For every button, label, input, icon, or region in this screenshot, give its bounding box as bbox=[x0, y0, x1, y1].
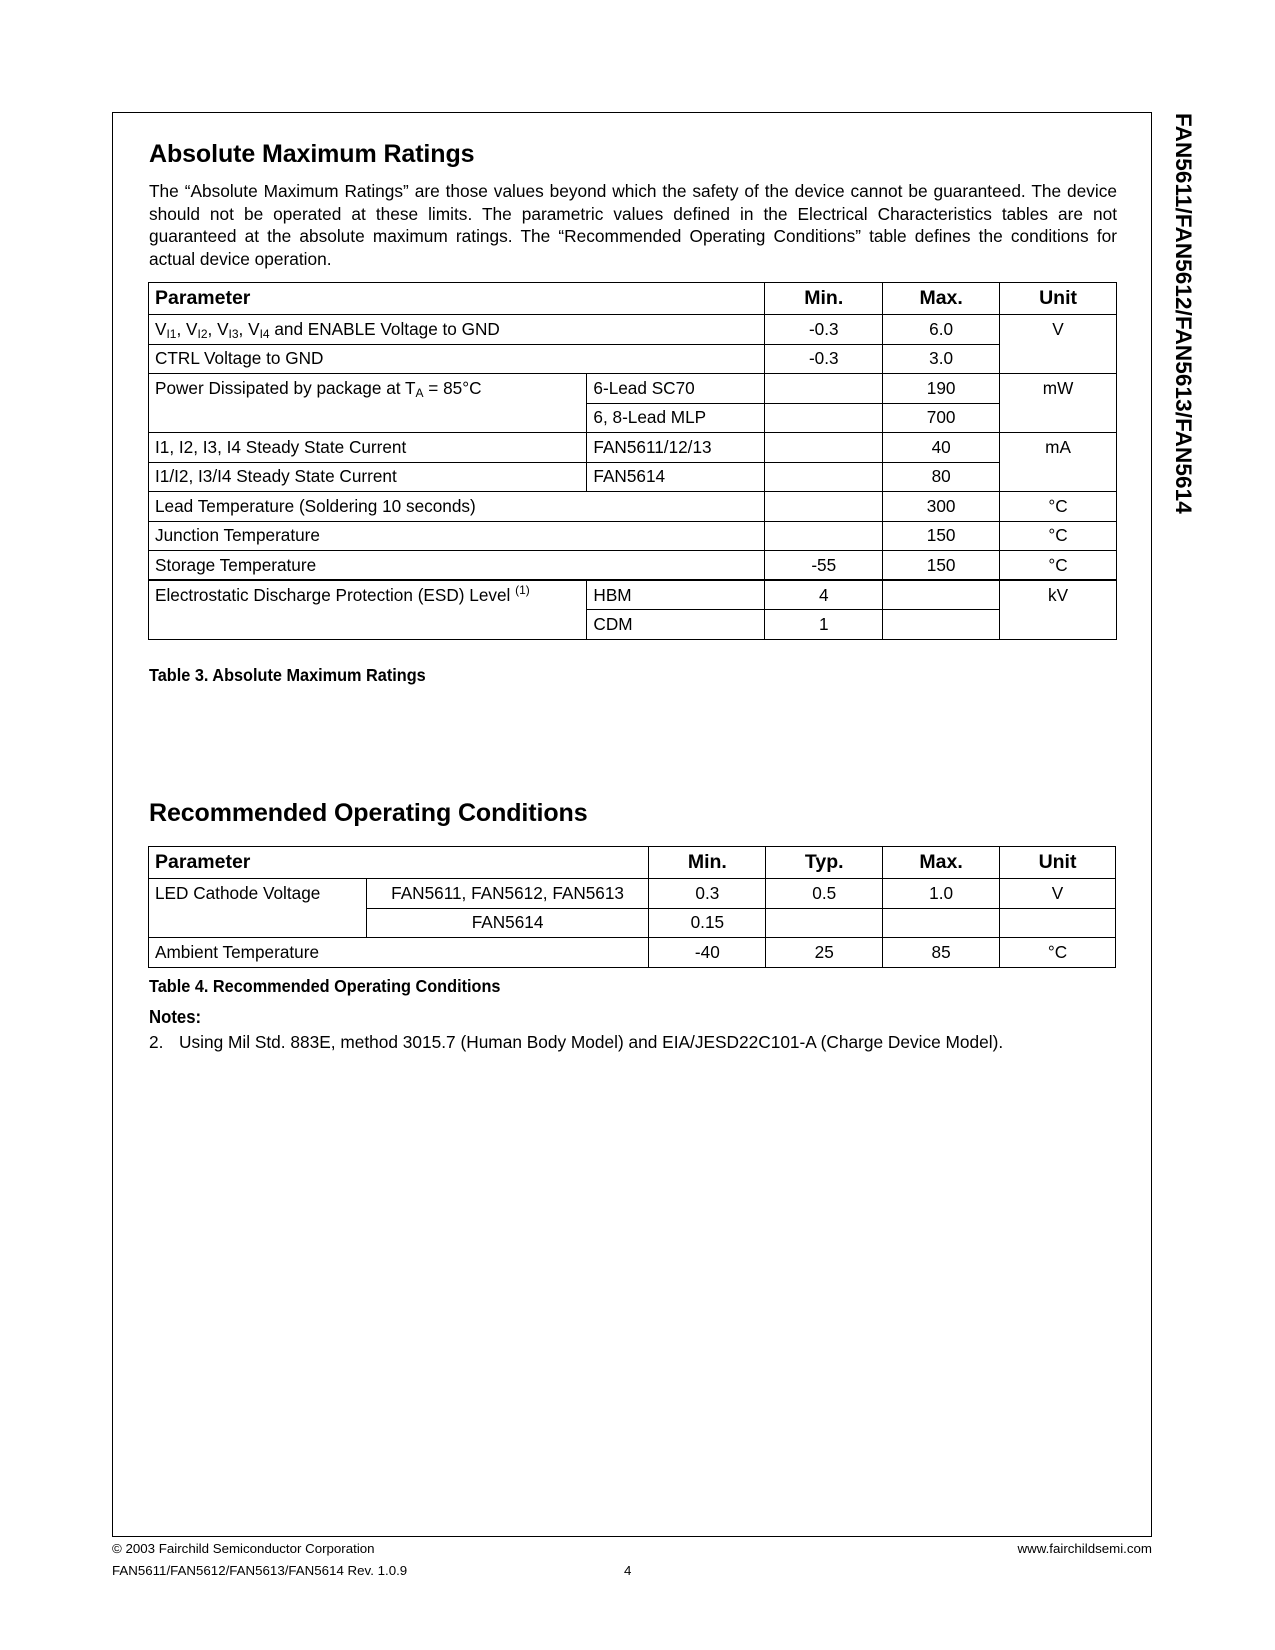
table-header-row: Parameter Min. Typ. Max. Unit bbox=[149, 847, 1116, 879]
footer-website[interactable]: www.fairchildsemi.com bbox=[1018, 1541, 1152, 1556]
table-row: Storage Temperature -55 150 °C bbox=[149, 551, 1117, 581]
table-header-row: Parameter Min. Max. Unit bbox=[149, 283, 1117, 315]
table-row: Electrostatic Discharge Protection (ESD)… bbox=[149, 580, 1117, 610]
max-cell: 190 bbox=[883, 374, 1000, 404]
max-cell bbox=[883, 610, 1000, 640]
condition-cell: HBM bbox=[587, 580, 765, 610]
param-cell: Electrostatic Discharge Protection (ESD)… bbox=[149, 580, 587, 639]
param-cell: I1, I2, I3, I4 Steady State Current bbox=[149, 433, 587, 463]
table-row: Ambient Temperature -40 25 85 °C bbox=[149, 938, 1116, 968]
note-text: Using Mil Std. 883E, method 3015.7 (Huma… bbox=[179, 1032, 1003, 1052]
min-cell: -0.3 bbox=[765, 315, 883, 345]
unit-cell bbox=[1000, 908, 1116, 938]
unit-cell: °C bbox=[1000, 521, 1117, 551]
min-cell: -0.3 bbox=[765, 344, 883, 374]
max-cell: 85 bbox=[883, 938, 1000, 968]
table-row: VI1, VI2, VI3, VI4 and ENABLE Voltage to… bbox=[149, 315, 1117, 345]
param-cell: CTRL Voltage to GND bbox=[149, 344, 765, 374]
unit-cell: °C bbox=[1000, 938, 1116, 968]
unit-cell: mW bbox=[1000, 374, 1117, 433]
typ-cell: 25 bbox=[766, 938, 883, 968]
notes-heading: Notes: bbox=[149, 1007, 201, 1028]
side-title-text: FAN5611/FAN5612/FAN5613/FAN5614 bbox=[1170, 113, 1196, 514]
header-parameter: Parameter bbox=[149, 283, 765, 315]
header-parameter: Parameter bbox=[149, 847, 649, 879]
unit-cell: °C bbox=[1000, 551, 1117, 581]
max-cell bbox=[883, 580, 1000, 610]
condition-cell: FAN5611/12/13 bbox=[587, 433, 765, 463]
max-cell: 80 bbox=[883, 462, 1000, 492]
header-max: Max. bbox=[883, 283, 1000, 315]
condition-cell: FAN5611, FAN5612, FAN5613 bbox=[366, 879, 649, 909]
max-cell: 700 bbox=[883, 403, 1000, 433]
section-title-recommended: Recommended Operating Conditions bbox=[149, 799, 588, 828]
header-min: Min. bbox=[649, 847, 766, 879]
param-cell: Storage Temperature bbox=[149, 551, 765, 581]
condition-cell: 6, 8-Lead MLP bbox=[587, 403, 765, 433]
min-cell: 0.15 bbox=[649, 908, 766, 938]
header-typ: Typ. bbox=[766, 847, 883, 879]
max-cell: 300 bbox=[883, 492, 1000, 522]
table-row: I1/I2, I3/I4 Steady State Current FAN561… bbox=[149, 462, 1117, 492]
table-row: LED Cathode Voltage FAN5611, FAN5612, FA… bbox=[149, 879, 1116, 909]
footer-copyright: © 2003 Fairchild Semiconductor Corporati… bbox=[112, 1541, 375, 1556]
max-cell: 6.0 bbox=[883, 315, 1000, 345]
header-max: Max. bbox=[883, 847, 1000, 879]
param-cell: LED Cathode Voltage bbox=[149, 879, 367, 938]
unit-cell: V bbox=[1000, 315, 1117, 374]
min-cell: -40 bbox=[649, 938, 766, 968]
header-unit: Unit bbox=[1000, 283, 1117, 315]
min-cell bbox=[765, 521, 883, 551]
absolute-max-ratings-table: Parameter Min. Max. Unit VI1, VI2, VI3, … bbox=[148, 282, 1117, 640]
table-row: Lead Temperature (Soldering 10 seconds) … bbox=[149, 492, 1117, 522]
param-cell: Junction Temperature bbox=[149, 521, 765, 551]
condition-cell: FAN5614 bbox=[587, 462, 765, 492]
section-title-absolute-max: Absolute Maximum Ratings bbox=[149, 140, 474, 169]
min-cell bbox=[765, 462, 883, 492]
side-title: FAN5611/FAN5612/FAN5613/FAN5614 bbox=[1168, 113, 1196, 573]
recommended-conditions-table: Parameter Min. Typ. Max. Unit LED Cathod… bbox=[148, 846, 1116, 968]
param-cell: Ambient Temperature bbox=[149, 938, 649, 968]
table-3-caption: Table 3. Absolute Maximum Ratings bbox=[149, 665, 426, 686]
max-cell: 1.0 bbox=[883, 879, 1000, 909]
min-cell: -55 bbox=[765, 551, 883, 581]
param-cell: I1/I2, I3/I4 Steady State Current bbox=[149, 462, 587, 492]
intro-paragraph: The “Absolute Maximum Ratings” are those… bbox=[149, 180, 1117, 270]
max-cell: 150 bbox=[883, 521, 1000, 551]
param-cell: Power Dissipated by package at TA = 85°C bbox=[149, 374, 587, 433]
param-cell: Lead Temperature (Soldering 10 seconds) bbox=[149, 492, 765, 522]
table-row: CTRL Voltage to GND -0.3 3.0 bbox=[149, 344, 1117, 374]
max-cell bbox=[883, 908, 1000, 938]
unit-cell: °C bbox=[1000, 492, 1117, 522]
min-cell: 0.3 bbox=[649, 879, 766, 909]
param-cell: VI1, VI2, VI3, VI4 and ENABLE Voltage to… bbox=[149, 315, 765, 345]
typ-cell: 0.5 bbox=[766, 879, 883, 909]
min-cell bbox=[765, 403, 883, 433]
header-min: Min. bbox=[765, 283, 883, 315]
note-number: 2. bbox=[149, 1032, 179, 1053]
table-row: I1, I2, I3, I4 Steady State Current FAN5… bbox=[149, 433, 1117, 463]
note-item: 2.Using Mil Std. 883E, method 3015.7 (Hu… bbox=[149, 1032, 1003, 1053]
min-cell bbox=[765, 374, 883, 404]
unit-cell: mA bbox=[1000, 433, 1117, 492]
min-cell: 1 bbox=[765, 610, 883, 640]
condition-cell: CDM bbox=[587, 610, 765, 640]
min-cell: 4 bbox=[765, 580, 883, 610]
typ-cell bbox=[766, 908, 883, 938]
condition-cell: FAN5614 bbox=[366, 908, 649, 938]
max-cell: 150 bbox=[883, 551, 1000, 581]
table-row: Junction Temperature 150 °C bbox=[149, 521, 1117, 551]
table-row: Power Dissipated by package at TA = 85°C… bbox=[149, 374, 1117, 404]
footer-doc-revision: FAN5611/FAN5612/FAN5613/FAN5614 Rev. 1.0… bbox=[112, 1563, 407, 1578]
max-cell: 40 bbox=[883, 433, 1000, 463]
footer-page-number: 4 bbox=[624, 1563, 631, 1578]
header-unit: Unit bbox=[1000, 847, 1116, 879]
unit-cell: kV bbox=[1000, 580, 1117, 639]
table-4-caption: Table 4. Recommended Operating Condition… bbox=[149, 976, 500, 997]
condition-cell: 6-Lead SC70 bbox=[587, 374, 765, 404]
min-cell bbox=[765, 433, 883, 463]
min-cell bbox=[765, 492, 883, 522]
max-cell: 3.0 bbox=[883, 344, 1000, 374]
unit-cell: V bbox=[1000, 879, 1116, 909]
